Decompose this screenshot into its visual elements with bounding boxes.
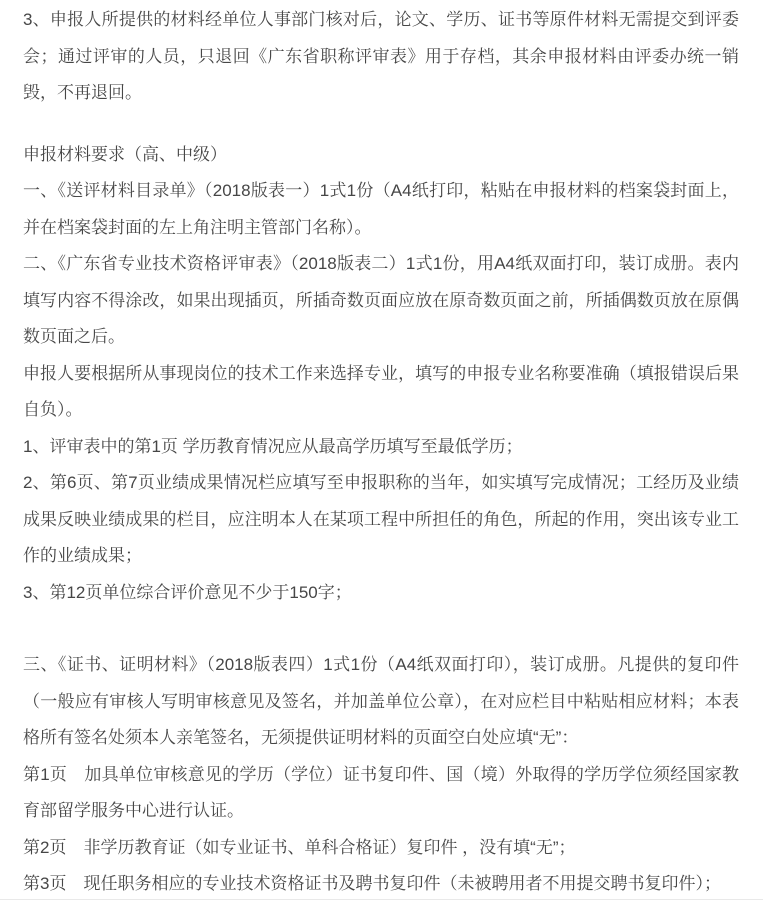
paragraph-subitem-1-education-history: 1、评审表中的第1页 学历教育情况应从最高学历填写至最低学历；	[23, 429, 739, 466]
paragraph-subitem-2-achievements: 2、第6页、第7页业绩成果情况栏应填写至申报职称的当年，如实填写完成情况；工经历…	[23, 465, 739, 575]
paragraph-page3-requirement: 第3页 现任职务相应的专业技术资格证书及聘书复印件（未被聘用者不用提交聘书复印件…	[23, 866, 739, 903]
paragraph-page2-requirement: 第2页 非学历教育证（如专业证书、单科合格证）复印件 ，没有填“无”；	[23, 830, 739, 867]
section-heading-requirements: 申报材料要求（高、中级）	[23, 137, 739, 174]
paragraph-subitem-3-unit-comment: 3、第12页单位综合评价意见不少于150字；	[23, 575, 739, 612]
paragraph-item-1-catalog-list: 一、《送评材料目录单》（2018版表一）1式1份（A4纸打印，粘贴在申报材料的档…	[23, 173, 739, 246]
paragraph-item-3-certificates: 三、《证书、证明材料》（2018版表四）1式1份（A4纸双面打印），装订成册。凡…	[23, 647, 739, 757]
paragraph-specialty-selection: 申报人要根据所从事现岗位的技术工作来选择专业，填写的申报专业名称要准确（填报错误…	[23, 356, 739, 429]
paragraph-materials-return-note: 3、申报人所提供的材料经单位人事部门核对后，论文、学历、证书等原件材料无需提交到…	[23, 2, 739, 112]
article-content: 3、申报人所提供的材料经单位人事部门核对后，论文、学历、证书等原件材料无需提交到…	[0, 0, 763, 903]
paragraph-item-2-evaluation-form: 二、《广东省专业技术资格评审表》（2018版表二）1式1份，用A4纸双面打印，装…	[23, 246, 739, 356]
paragraph-page1-requirement: 第1页 加具单位审核意见的学历（学位）证书复印件、国（境）外取得的学历学位须经国…	[23, 757, 739, 830]
article-page: 3、申报人所提供的材料经单位人事部门核对后，论文、学历、证书等原件材料无需提交到…	[0, 0, 763, 908]
blank-line	[23, 112, 739, 137]
blank-line	[23, 611, 739, 647]
bottom-divider	[0, 899, 763, 900]
